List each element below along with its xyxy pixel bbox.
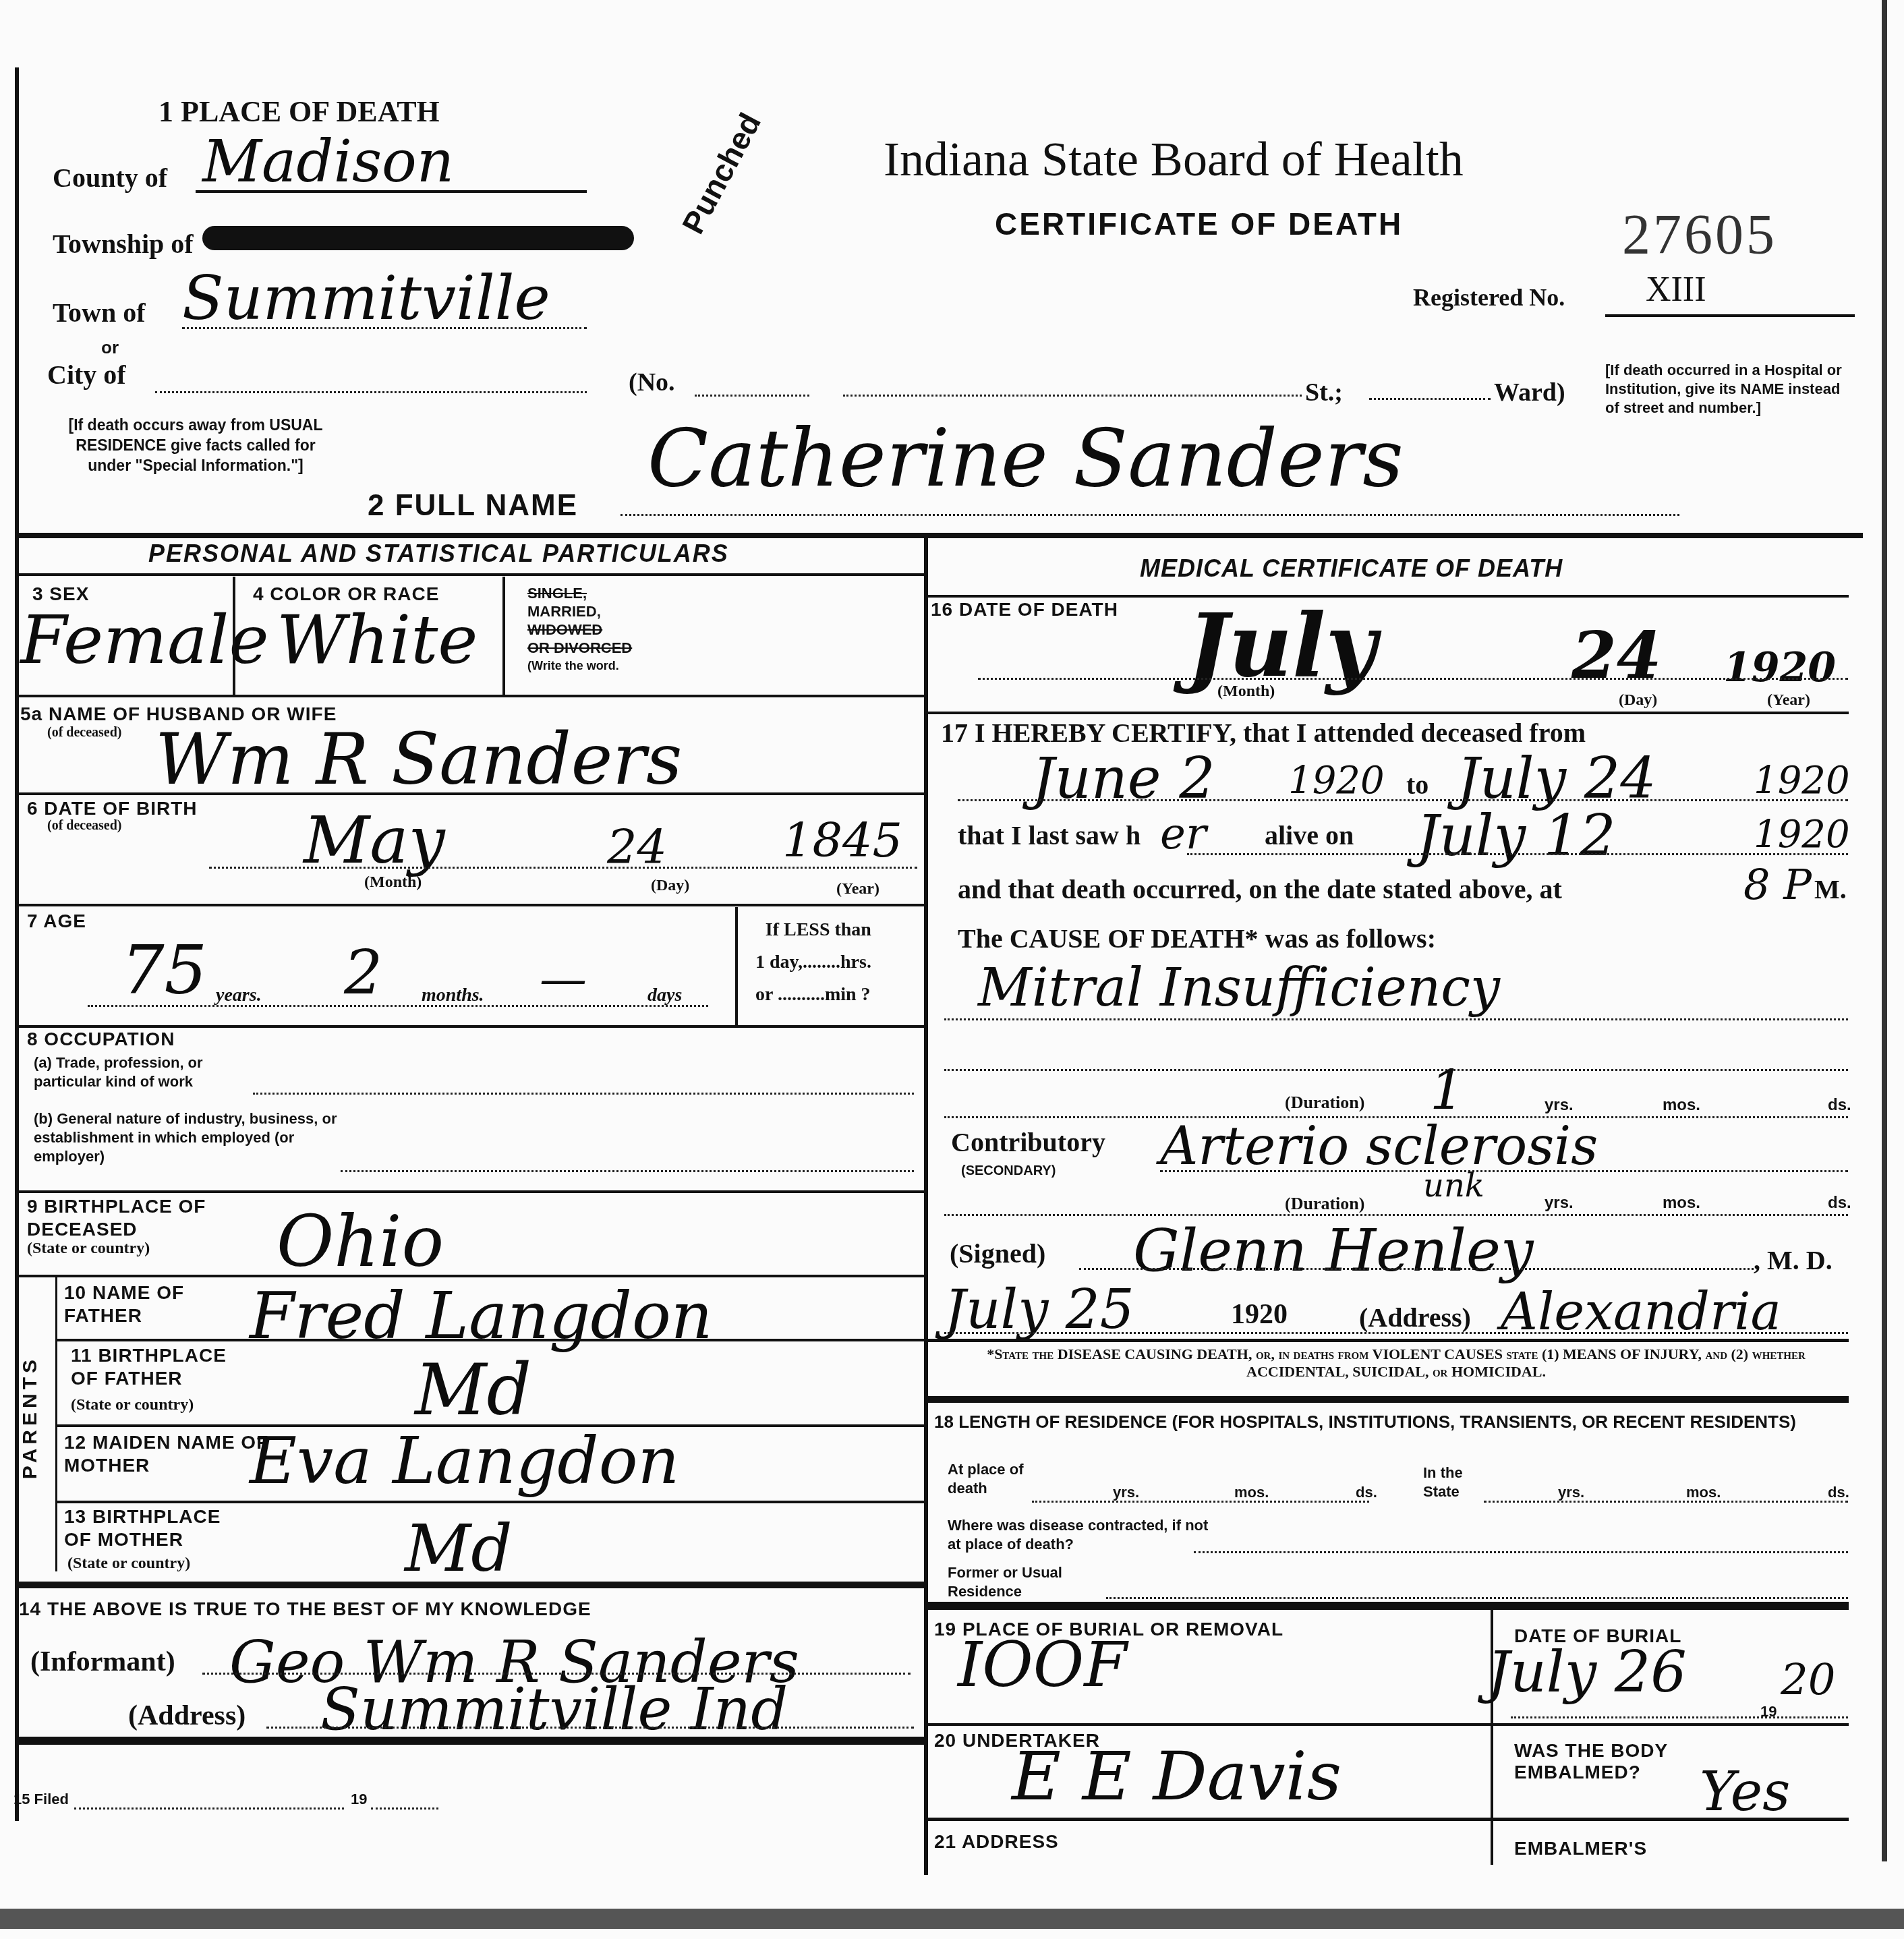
burial-divider bbox=[928, 1602, 1849, 1610]
mother-birthplace-value: Md bbox=[405, 1511, 513, 1586]
duration-1-ds-label: ds. bbox=[1828, 1096, 1851, 1115]
residence-divider bbox=[928, 1396, 1849, 1403]
age-months-value: 2 bbox=[344, 937, 382, 1008]
attended-to-year: 1920 bbox=[1754, 759, 1850, 803]
row-line-5 bbox=[15, 1190, 925, 1193]
contracted-label: Where was disease contracted, if not at … bbox=[948, 1516, 1217, 1554]
row-line-6 bbox=[15, 1275, 925, 1277]
informant-address-line bbox=[266, 1727, 914, 1729]
contributory-value: Arterio sclerosis bbox=[1160, 1116, 1598, 1177]
punched-stamp: Punched bbox=[674, 107, 768, 239]
contributory-label: Contributory bbox=[951, 1126, 1105, 1158]
duration-1-yrs-label: yrs. bbox=[1545, 1096, 1574, 1115]
mother-birthplace-label: 13 BIRTHPLACE OF MOTHER bbox=[64, 1505, 226, 1551]
in-state-ds: ds. bbox=[1828, 1484, 1849, 1501]
former-residence-label: Former or Usual Residence bbox=[948, 1563, 1123, 1601]
city-label: City of bbox=[47, 359, 126, 390]
age-years-value: 75 bbox=[121, 931, 207, 1010]
dod-year-caption: (Year) bbox=[1767, 691, 1810, 710]
signed-line bbox=[1079, 1268, 1754, 1270]
township-redaction bbox=[202, 226, 634, 250]
bottom-edge bbox=[0, 1909, 1904, 1929]
hospital-note: [If death occurred in a Hospital or Inst… bbox=[1605, 361, 1855, 417]
address-divider bbox=[928, 1818, 1849, 1821]
at-place-mos: mos. bbox=[1234, 1484, 1269, 1501]
undertaker-divider bbox=[928, 1723, 1849, 1726]
row-line-4 bbox=[15, 1025, 925, 1028]
row-line-2 bbox=[15, 792, 925, 795]
mother-birthplace-sublabel: (State or country) bbox=[67, 1555, 190, 1573]
mother-name-label: 12 MAIDEN NAME OF MOTHER bbox=[64, 1431, 280, 1477]
signed-date-line bbox=[944, 1332, 1848, 1334]
m-label: M. bbox=[1814, 873, 1847, 905]
personal-title-line bbox=[15, 573, 925, 576]
attended-from-year: 1920 bbox=[1288, 759, 1385, 803]
at-place-ds: ds. bbox=[1356, 1484, 1377, 1501]
informant-label: (Informant) bbox=[30, 1646, 175, 1678]
last-saw-label: that I last saw h bbox=[958, 819, 1141, 851]
undertaker-address-label: 21 ADDRESS bbox=[934, 1831, 1059, 1853]
signed-year-value: 1920 bbox=[1231, 1298, 1288, 1331]
marital-option-married: MARRIED, bbox=[527, 602, 632, 620]
or-label: or bbox=[101, 337, 119, 358]
contributory-line bbox=[1160, 1170, 1848, 1172]
duration-1-yrs-value: 1 bbox=[1430, 1059, 1464, 1122]
marital-status-options: SINGLE, MARRIED, WIDOWED OR DIVORCED (Wr… bbox=[527, 584, 632, 675]
age-years-caption: years. bbox=[216, 985, 262, 1006]
filed-year-label: 19 bbox=[351, 1791, 367, 1808]
death-occurred-label: and that death occurred, on the date sta… bbox=[958, 873, 1562, 905]
cause-value: Mitral Insufficiency bbox=[978, 958, 1500, 1018]
full-name-label: 2 FULL NAME bbox=[368, 489, 578, 523]
at-place-label: At place of death bbox=[948, 1460, 1049, 1498]
mother-name-value: Eva Langdon bbox=[250, 1423, 679, 1499]
city-line bbox=[155, 391, 587, 393]
birthplace-value: Ohio bbox=[277, 1200, 444, 1283]
place-of-death-heading: 1 PLACE OF DEATH bbox=[158, 94, 440, 129]
embalmed-label: WAS THE BODY EMBALMED? bbox=[1514, 1740, 1703, 1783]
duration-2-value: unk bbox=[1423, 1167, 1484, 1205]
residence-label: 18 LENGTH OF RESIDENCE (FOR HOSPITALS, I… bbox=[934, 1411, 1851, 1432]
dod-year-value: 1920 bbox=[1723, 644, 1836, 691]
row-line-1 bbox=[15, 695, 925, 697]
last-saw-pronoun: er bbox=[1160, 809, 1206, 859]
certificate-title: CERTIFICATE OF DEATH bbox=[995, 206, 1403, 242]
dod-month-caption: (Month) bbox=[1217, 683, 1275, 701]
true-statement-label: 14 THE ABOVE IS TRUE TO THE BEST OF MY K… bbox=[19, 1598, 592, 1620]
to-label: to bbox=[1406, 769, 1429, 801]
age-divider bbox=[735, 907, 738, 1025]
last-saw-date: July 12 bbox=[1416, 803, 1616, 869]
footnote-line bbox=[928, 1339, 1849, 1342]
cause-line-2 bbox=[944, 1069, 1848, 1071]
death-certificate: 1 PLACE OF DEATH County of Madison Towns… bbox=[0, 0, 1904, 1939]
duration-2-yrs-label: yrs. bbox=[1545, 1194, 1574, 1213]
age-days-value: — bbox=[540, 951, 587, 1006]
row-line-7 bbox=[57, 1339, 925, 1341]
ward-line bbox=[1369, 398, 1491, 400]
town-label: Town of bbox=[53, 297, 145, 328]
duration-2-line bbox=[944, 1214, 1848, 1216]
dod-divider bbox=[928, 712, 1849, 714]
medical-address-label: (Address) bbox=[1359, 1302, 1471, 1333]
duration-2-label: (Duration) bbox=[1285, 1194, 1364, 1214]
father-birthplace-sublabel: (State or country) bbox=[71, 1396, 194, 1414]
occupation-b-label: (b) General nature of industry, business… bbox=[34, 1109, 337, 1166]
medical-title-line bbox=[928, 595, 1849, 598]
parents-vertical-label: PARENTS bbox=[19, 1356, 42, 1479]
dob-year-caption: (Year) bbox=[836, 880, 879, 898]
town-line bbox=[182, 327, 587, 329]
death-time-value: 8 P bbox=[1743, 860, 1812, 909]
cause-label: The CAUSE OF DEATH* was as follows: bbox=[958, 923, 1436, 954]
birthplace-sublabel: (State or country) bbox=[27, 1240, 150, 1258]
age-line bbox=[88, 1005, 708, 1007]
dod-day-value: 24 bbox=[1571, 617, 1662, 693]
street-no-label: (No. bbox=[629, 368, 675, 397]
dob-day-caption: (Day) bbox=[651, 877, 689, 895]
informant-line bbox=[202, 1673, 911, 1675]
occupation-b-line bbox=[341, 1170, 914, 1172]
attended-line bbox=[958, 799, 1848, 801]
attended-from-value: June 2 bbox=[1032, 745, 1215, 811]
father-birthplace-value: Md bbox=[415, 1349, 531, 1431]
right-border bbox=[1882, 0, 1887, 1861]
embalmed-value: Yes bbox=[1700, 1760, 1790, 1823]
county-line bbox=[196, 190, 587, 193]
center-divider bbox=[924, 533, 928, 1875]
occupation-a-line bbox=[253, 1093, 914, 1095]
less-than-day-box: If LESS than 1 day,........hrs. or .....… bbox=[755, 914, 871, 1011]
dob-line bbox=[209, 867, 917, 869]
signed-value: Glenn Henley bbox=[1133, 1217, 1533, 1285]
marital-option-widowed: WIDOWED bbox=[527, 620, 632, 639]
in-state-mos: mos. bbox=[1686, 1484, 1721, 1501]
dod-label: 16 DATE OF DEATH bbox=[931, 599, 1118, 620]
sex-value: Female bbox=[20, 600, 269, 679]
md-label: , M. D. bbox=[1754, 1244, 1833, 1276]
secondary-label: (SECONDARY) bbox=[961, 1163, 1056, 1179]
filed-label: 15 Filed bbox=[13, 1791, 69, 1808]
certificate-number: 27605 bbox=[1622, 202, 1777, 268]
duration-2-ds-label: ds. bbox=[1828, 1194, 1851, 1213]
sex-race-divider bbox=[233, 577, 235, 695]
attended-to-value: July 24 bbox=[1457, 745, 1656, 811]
burial-date-line bbox=[1511, 1716, 1848, 1718]
informant-divider bbox=[15, 1582, 925, 1588]
father-birthplace-label: 11 BIRTHPLACE OF FATHER bbox=[71, 1344, 233, 1390]
embalmer-label: EMBALMER'S bbox=[1514, 1838, 1647, 1859]
alive-on-label: alive on bbox=[1265, 819, 1354, 851]
board-title: Indiana State Board of Health bbox=[884, 132, 1464, 187]
dob-sublabel: (of deceased) bbox=[47, 818, 122, 834]
one-day-label: 1 day,........hrs. bbox=[755, 946, 871, 979]
burial-place-value: IOOF bbox=[958, 1629, 1127, 1701]
certify-text: 17 I HEREBY CERTIFY, that I attended dec… bbox=[941, 717, 1586, 749]
duration-1-mos-label: mos. bbox=[1663, 1096, 1700, 1115]
father-name-value: Fred Langdon bbox=[250, 1278, 713, 1354]
left-border bbox=[15, 67, 19, 1821]
full-name-line bbox=[621, 514, 1679, 516]
dod-line bbox=[978, 678, 1848, 680]
filed-line bbox=[74, 1807, 344, 1810]
personal-section-title: PERSONAL AND STATISTICAL PARTICULARS bbox=[148, 540, 729, 568]
usual-residence-note: [If death occurs away from USUAL RESIDEN… bbox=[54, 415, 337, 475]
race-marital-divider bbox=[502, 577, 505, 695]
street-label: St.; bbox=[1305, 378, 1343, 407]
undertaker-value: E E Davis bbox=[1012, 1737, 1342, 1816]
registered-no-value: XIII bbox=[1646, 270, 1706, 310]
birthplace-label: 9 BIRTHPLACE OF DECEASED bbox=[27, 1195, 216, 1241]
burial-year-value: 20 bbox=[1781, 1656, 1835, 1706]
full-name-value: Catherine Sanders bbox=[647, 411, 1404, 504]
signed-label: (Signed) bbox=[950, 1238, 1045, 1269]
township-label: Township of bbox=[53, 228, 194, 260]
header-divider bbox=[15, 533, 1863, 538]
town-value: Summitville bbox=[182, 263, 550, 334]
informant-address-value: Summitville Ind bbox=[320, 1676, 788, 1743]
county-value: Madison bbox=[202, 128, 454, 196]
parents-divider bbox=[55, 1275, 57, 1571]
cause-line-1 bbox=[944, 1018, 1848, 1020]
last-saw-year: 1920 bbox=[1754, 813, 1850, 857]
spouse-value: Wm R Sanders bbox=[155, 718, 682, 801]
less-than-label: If LESS than bbox=[755, 914, 871, 946]
street-no-line bbox=[695, 395, 809, 397]
age-label: 7 AGE bbox=[27, 910, 86, 932]
race-value: White bbox=[277, 600, 478, 679]
duration-1-label: (Duration) bbox=[1285, 1093, 1364, 1113]
marital-option-single: SINGLE, bbox=[527, 584, 632, 602]
filed-divider bbox=[15, 1737, 925, 1745]
row-line-9 bbox=[57, 1501, 925, 1503]
burial-date-value: July 26 bbox=[1487, 1639, 1687, 1705]
occupation-label: 8 OCCUPATION bbox=[27, 1029, 175, 1050]
duration-2-mos-label: mos. bbox=[1663, 1194, 1700, 1213]
medical-section-title: MEDICAL CERTIFICATE OF DEATH bbox=[1140, 554, 1563, 583]
registered-no-line bbox=[1605, 314, 1855, 317]
marital-option-divorced: OR DIVORCED bbox=[527, 639, 632, 657]
at-place-yrs: yrs. bbox=[1113, 1484, 1139, 1501]
in-state-label: In the State bbox=[1423, 1464, 1491, 1501]
cause-footnote: *State the DISEASE CAUSING DEATH, or, in… bbox=[958, 1345, 1835, 1381]
dob-year-value: 1845 bbox=[782, 813, 902, 868]
dob-label: 6 DATE OF BIRTH bbox=[27, 798, 197, 819]
former-residence-line bbox=[1106, 1597, 1848, 1599]
filed-year-line bbox=[371, 1807, 438, 1810]
registered-no-label: Registered No. bbox=[1413, 283, 1565, 312]
row-line-3 bbox=[15, 904, 925, 906]
in-state-line bbox=[1484, 1501, 1848, 1503]
or-min-label: or ..........min ? bbox=[755, 979, 871, 1011]
father-name-label: 10 NAME OF FATHER bbox=[64, 1281, 199, 1327]
at-place-line bbox=[1032, 1501, 1369, 1503]
contracted-line bbox=[1194, 1551, 1848, 1553]
street-line bbox=[843, 395, 1302, 397]
dob-month-caption: (Month) bbox=[364, 873, 422, 892]
in-state-yrs: yrs. bbox=[1558, 1484, 1584, 1501]
informant-address-label: (Address) bbox=[128, 1700, 246, 1732]
dod-day-caption: (Day) bbox=[1619, 691, 1657, 710]
spouse-sublabel: (of deceased) bbox=[47, 725, 122, 741]
dod-month-value: July bbox=[1187, 594, 1377, 697]
age-days-caption: days bbox=[647, 985, 682, 1006]
county-label: County of bbox=[53, 162, 167, 194]
occupation-a-label: (a) Trade, profession, or particular kin… bbox=[34, 1053, 256, 1091]
marital-note: (Write the word. bbox=[527, 657, 632, 675]
ward-label: Ward) bbox=[1494, 378, 1565, 407]
age-months-caption: months. bbox=[422, 985, 484, 1006]
last-saw-line bbox=[1187, 853, 1848, 855]
